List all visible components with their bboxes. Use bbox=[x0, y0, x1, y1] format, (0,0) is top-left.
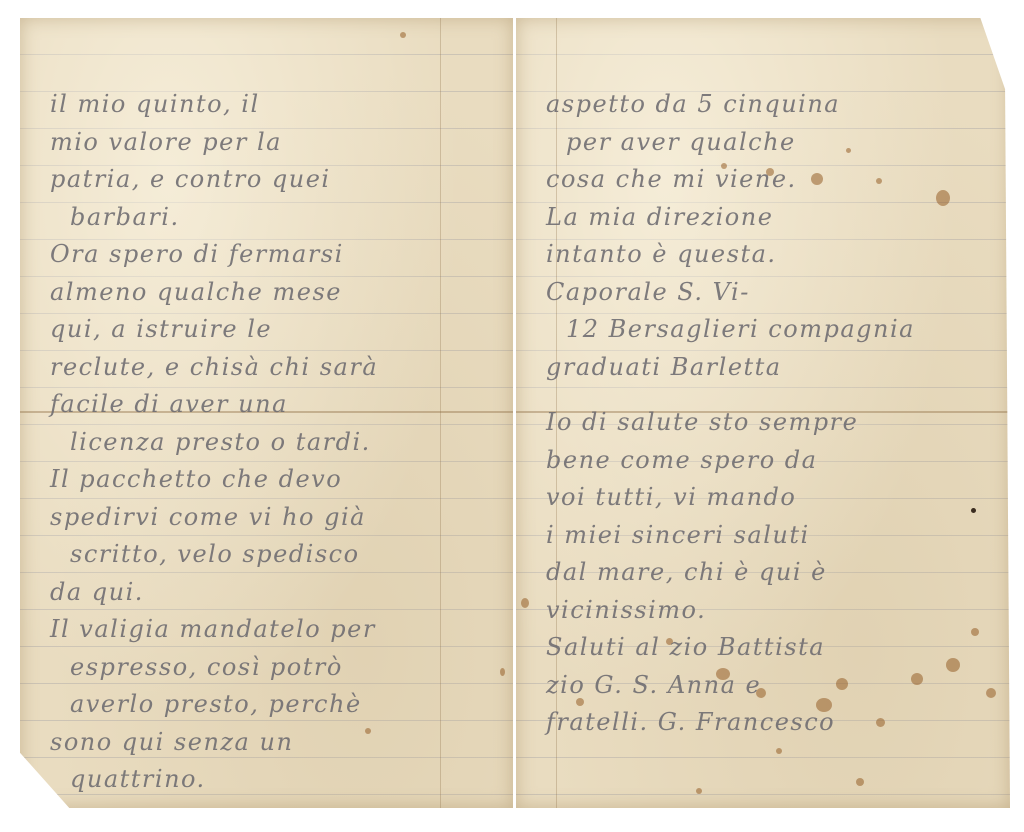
text-line: intanto è questa. bbox=[546, 236, 984, 274]
stain bbox=[856, 778, 864, 786]
text-line: il mio quinto, il bbox=[50, 86, 487, 124]
right-page-text: aspetto da 5 cinquina per aver qualche c… bbox=[516, 86, 1010, 742]
text-line: facile di aver una bbox=[50, 386, 487, 424]
text-line: Caporale S. Vi- bbox=[546, 274, 984, 312]
text-line: patria, e contro quei bbox=[50, 161, 487, 199]
text-line: Saluti al zio Battista bbox=[546, 629, 984, 667]
text-line: averlo presto, perchè bbox=[50, 686, 487, 724]
text-line: da qui. bbox=[50, 574, 487, 612]
text-line: quattrino. bbox=[50, 761, 487, 799]
letter-scan: il mio quinto, il mio valore per la patr… bbox=[0, 0, 1024, 832]
spacer bbox=[546, 386, 984, 404]
text-line: spedirvi come vi ho già bbox=[50, 499, 487, 537]
text-line: 12 Bersaglieri compagnia bbox=[546, 311, 984, 349]
text-line: Io di salute sto sempre bbox=[546, 404, 984, 442]
text-line: cosa che mi viene. bbox=[546, 161, 984, 199]
text-line: i miei sinceri saluti bbox=[546, 517, 984, 555]
text-line: Ora spero di fermarsi bbox=[50, 236, 487, 274]
text-line: zio G. S. Anna e bbox=[546, 667, 984, 705]
right-page: aspetto da 5 cinquina per aver qualche c… bbox=[516, 18, 1010, 808]
text-line: graduati Barletta bbox=[546, 353, 782, 381]
text-line: voi tutti, vi mando bbox=[546, 479, 984, 517]
text-line: bene come spero da bbox=[546, 442, 984, 480]
text-line: licenza presto o tardi. bbox=[50, 424, 487, 462]
left-page-text: il mio quinto, il mio valore per la patr… bbox=[20, 86, 513, 799]
text-line: sono qui senza un bbox=[50, 724, 487, 762]
text-line: dal mare, chi è qui è bbox=[546, 554, 984, 592]
text-line: espresso, così potrò bbox=[50, 649, 487, 687]
text-line: aspetto da 5 cinquina bbox=[546, 86, 984, 124]
stain bbox=[776, 748, 782, 754]
text-line: qui, a istruire le bbox=[50, 311, 487, 349]
text-line: fratelli. G. Francesco bbox=[546, 704, 984, 742]
stain bbox=[696, 788, 702, 794]
text-line: vicinissimo. bbox=[546, 592, 984, 630]
text-line: reclute, e chisà chi sarà bbox=[50, 349, 487, 387]
text-line: Il valigia mandatelo per bbox=[50, 611, 487, 649]
text-line: barbari. bbox=[50, 199, 487, 237]
left-page: il mio quinto, il mio valore per la patr… bbox=[20, 18, 513, 808]
text-line: per aver qualche bbox=[546, 124, 984, 162]
text-line underline-line: graduati Barletta bbox=[546, 349, 984, 387]
text-line: mio valore per la bbox=[50, 124, 487, 162]
text-line: almeno qualche mese bbox=[50, 274, 487, 312]
text-line: scritto, velo spedisco bbox=[50, 536, 487, 574]
text-line: La mia direzione bbox=[546, 199, 984, 237]
stain bbox=[400, 32, 406, 38]
text-line: Il pacchetto che devo bbox=[50, 461, 487, 499]
